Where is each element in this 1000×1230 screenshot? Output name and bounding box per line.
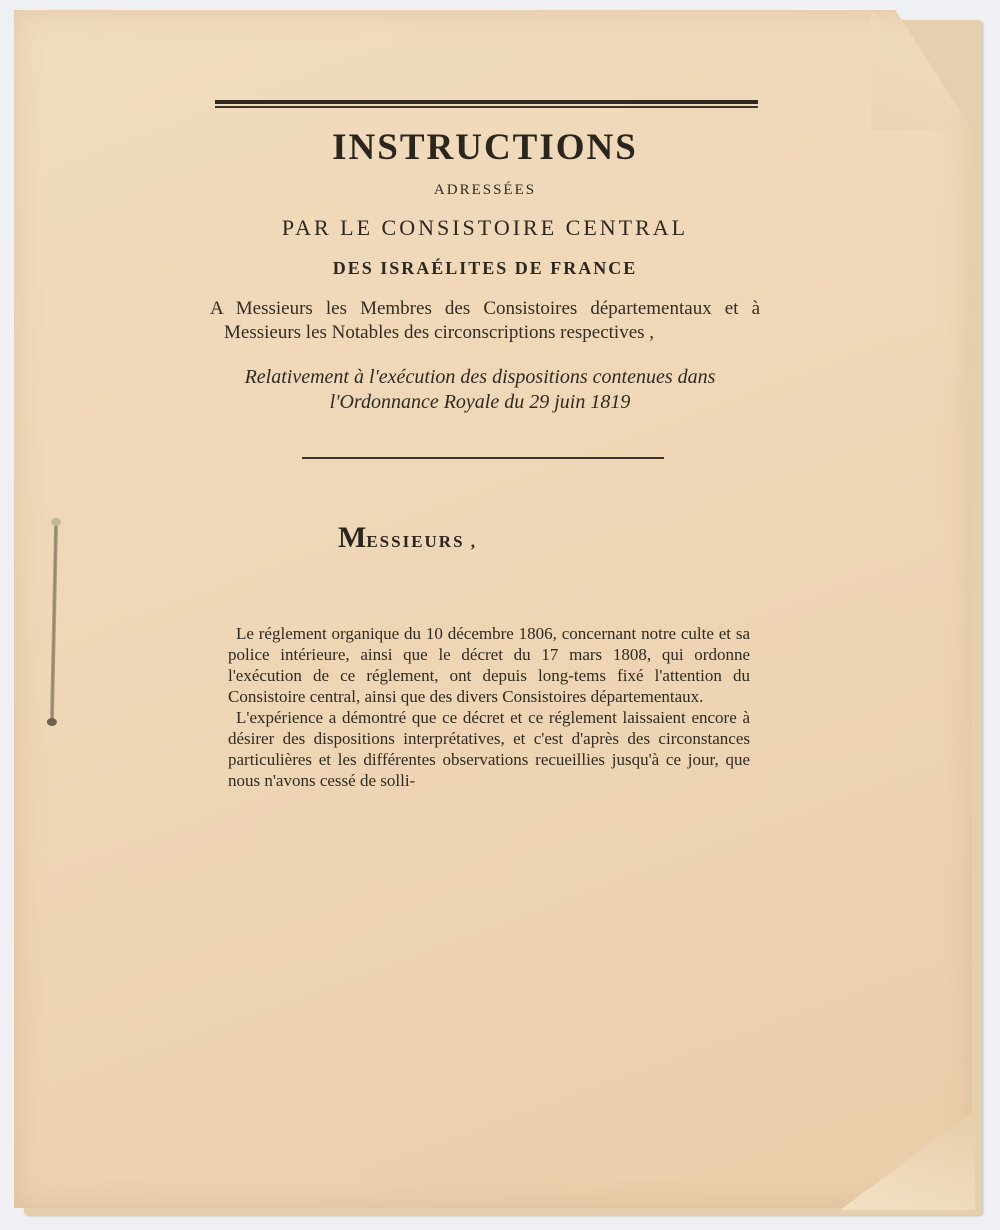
- body-text: Le réglement organique du 10 décembre 18…: [200, 623, 770, 791]
- salutation-rest: ESSIEURS ,: [366, 532, 477, 551]
- document-content: INSTRUCTIONS ADRESSÉES PAR LE CONSISTOIR…: [200, 100, 770, 791]
- separator-rule: [302, 457, 664, 459]
- subtitle-israelites: DES ISRAÉLITES DE FRANCE: [200, 258, 770, 279]
- salutation-initial: M: [338, 521, 366, 554]
- top-double-rule: [215, 100, 758, 108]
- subtitle-adressees: ADRESSÉES: [200, 182, 770, 199]
- paragraph: L'expérience a démontré que ce décret et…: [228, 707, 750, 791]
- document-title: INSTRUCTIONS: [200, 128, 770, 168]
- addressees-text: A Messieurs les Membres des Consistoires…: [200, 297, 770, 345]
- paragraph: Le réglement organique du 10 décembre 18…: [228, 623, 750, 707]
- subtitle-consistoire: PAR LE CONSISTOIRE CENTRAL: [200, 215, 770, 241]
- relatively-text: Relativement à l'exécution des dispositi…: [200, 365, 770, 415]
- salutation: MESSIEURS ,: [200, 521, 770, 555]
